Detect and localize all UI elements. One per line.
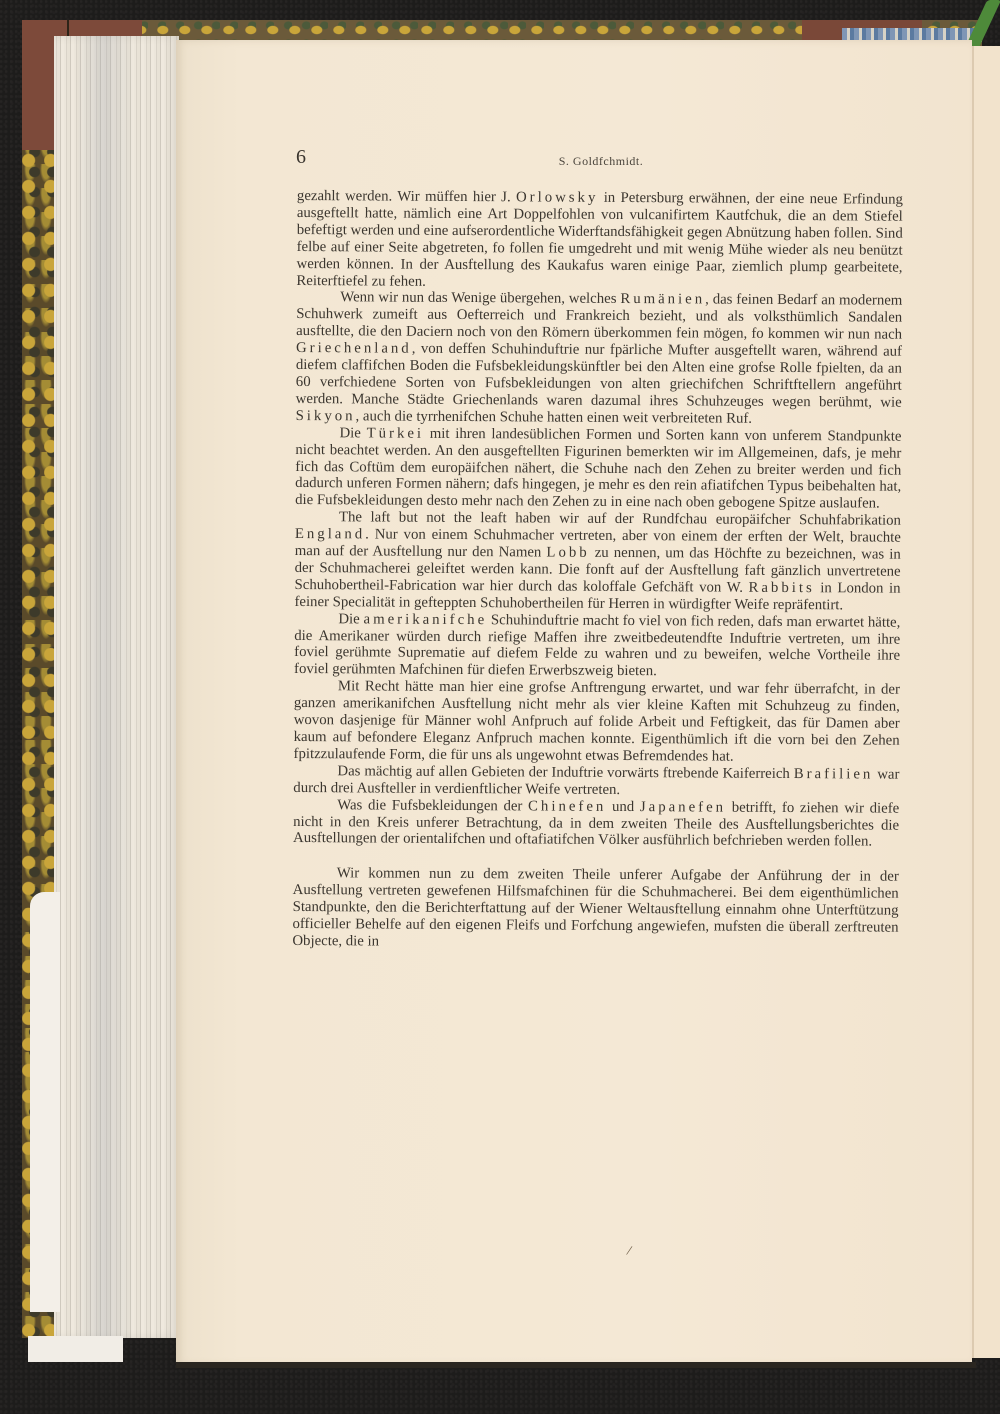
text-run: Das mächtig auf allen Gebieten der Induf… — [337, 763, 793, 782]
spaced-name: Türkei — [367, 425, 425, 441]
text-run: , auch die tyrrhenifchen Schuhe hatten e… — [355, 408, 752, 426]
text-run: Wenn wir nun das Wenige übergehen, welch… — [340, 290, 620, 308]
spaced-name: Orlowsky — [516, 189, 598, 206]
spaced-name: Griechenland — [296, 340, 412, 357]
text-run: in Petersburg erwähnen, der eine neue Er… — [296, 190, 903, 289]
paragraph: The laft but not the leaft haben wir auf… — [294, 509, 901, 614]
next-page-edge — [972, 46, 1000, 1358]
spaced-name: Japanefen — [640, 799, 726, 816]
page-block-fore-edge — [54, 36, 179, 1338]
text-run: Die — [339, 425, 366, 441]
text-run: Was die Fufsbekleidungen der — [337, 797, 528, 814]
paragraph: Die Türkei mit ihren landesüblichen Form… — [295, 425, 902, 513]
paragraph: Das mächtig auf allen Gebieten der Induf… — [293, 763, 899, 801]
spaced-name: Chinefen — [528, 798, 606, 814]
text-run: Mit Recht hätte man hier eine grofse Anf… — [293, 679, 899, 765]
body-text: gezahlt werden. Wir müffen hier J. Orlow… — [292, 188, 903, 954]
page-block-shade — [74, 36, 134, 1338]
folded-page-tab-bottom — [28, 1336, 123, 1362]
paragraph: Mit Recht hätte man hier eine grofse Anf… — [293, 678, 900, 766]
text-run: Die — [338, 611, 363, 627]
text-run: und — [606, 799, 640, 815]
paragraph: Wenn wir nun das Wenige übergehen, welch… — [296, 289, 903, 428]
text-run: gezahlt werden. Wir müffen hier J. — [297, 188, 516, 205]
text-run: Wir kommen nun zu dem zweiten Theile unf… — [292, 866, 898, 950]
paragraph: Die amerikanifche Schuhinduftrie macht f… — [294, 611, 900, 682]
paragraph: Wir kommen nun zu dem zweiten Theile unf… — [292, 865, 899, 953]
running-head-author: S. Goldfchmidt. — [296, 154, 906, 169]
spaced-name: amerikanifche — [363, 611, 487, 628]
spaced-name: Lobb — [546, 545, 589, 561]
page-bottom-shadow — [176, 1362, 976, 1368]
spaced-name: Brafilien — [794, 766, 874, 782]
spaced-name: Rumänien — [620, 291, 705, 308]
spaced-name: Rabbits — [748, 580, 814, 596]
running-head: 6 S. Goldfchmidt. — [296, 150, 906, 176]
spaced-name: England — [295, 526, 365, 542]
folded-page-tab — [30, 892, 60, 1312]
paragraph: Was die Fufsbekleidungen der Chinefen un… — [293, 797, 899, 851]
spaced-name: Sikyon — [296, 408, 356, 424]
paragraph: gezahlt werden. Wir müffen hier J. Orlow… — [296, 188, 903, 293]
